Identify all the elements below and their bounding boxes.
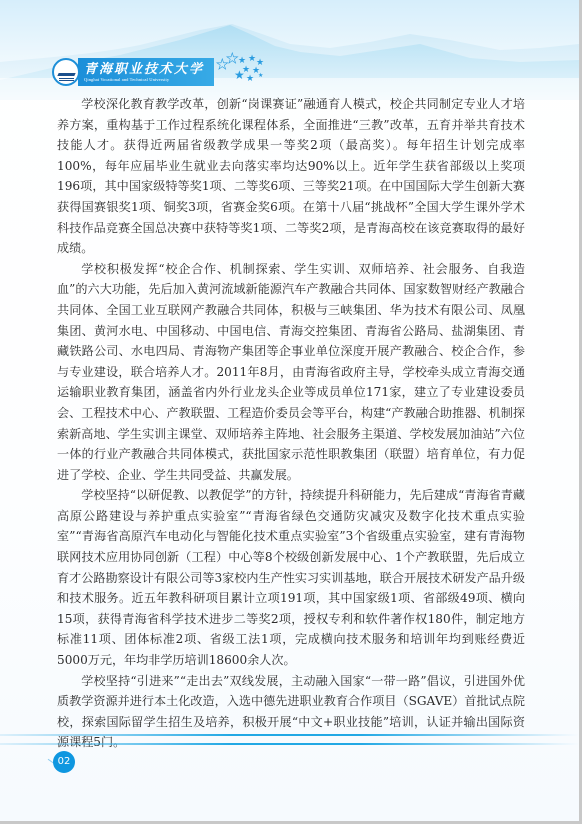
logo-wordmark: 青海职业技术大学 Qinghai Vocational and Technica… bbox=[78, 58, 214, 86]
paragraph-research: 学校坚持“以研促教、以教促学”的方针，持续提升科研能力，先后建成“青海省青藏高原… bbox=[57, 485, 525, 670]
header-banner: 青海职业技术大学 Qinghai Vocational and Technica… bbox=[0, 0, 579, 100]
page-number-badge: 02 bbox=[53, 751, 75, 773]
logo-english-name: Qinghai Vocational and Technical Univers… bbox=[84, 77, 204, 83]
paragraph-international: 学校坚持“引进来”“走出去”双线发展，主动融入国家“一带一路”倡议，引进国外优质… bbox=[57, 671, 525, 753]
stars-decoration-icon: ★ ★ ★ ★ ★ ★ ★ ★ ★ ★ bbox=[216, 57, 266, 87]
paragraph-industry-cooperation: 学校积极发挥“校企合作、机制探索、学生实训、双师培养、社会服务、自我造血”的六大… bbox=[57, 259, 525, 486]
paragraph-teaching-reform: 学校深化教育教学改革，创新“岗课赛证”融通育人模式，校企共同制定专业人才培养方案… bbox=[57, 94, 525, 259]
university-emblem-icon bbox=[52, 58, 80, 86]
footer-divider-bottom bbox=[0, 743, 579, 745]
article-body: 学校深化教育教学改革，创新“岗课赛证”融通育人模式，校企共同制定专业人才培养方案… bbox=[57, 94, 525, 753]
university-logo: 青海职业技术大学 Qinghai Vocational and Technica… bbox=[52, 57, 266, 87]
footer-divider-top bbox=[0, 734, 579, 736]
logo-chinese-name: 青海职业技术大学 bbox=[84, 62, 204, 77]
document-page: 青海职业技术大学 Qinghai Vocational and Technica… bbox=[0, 0, 579, 821]
